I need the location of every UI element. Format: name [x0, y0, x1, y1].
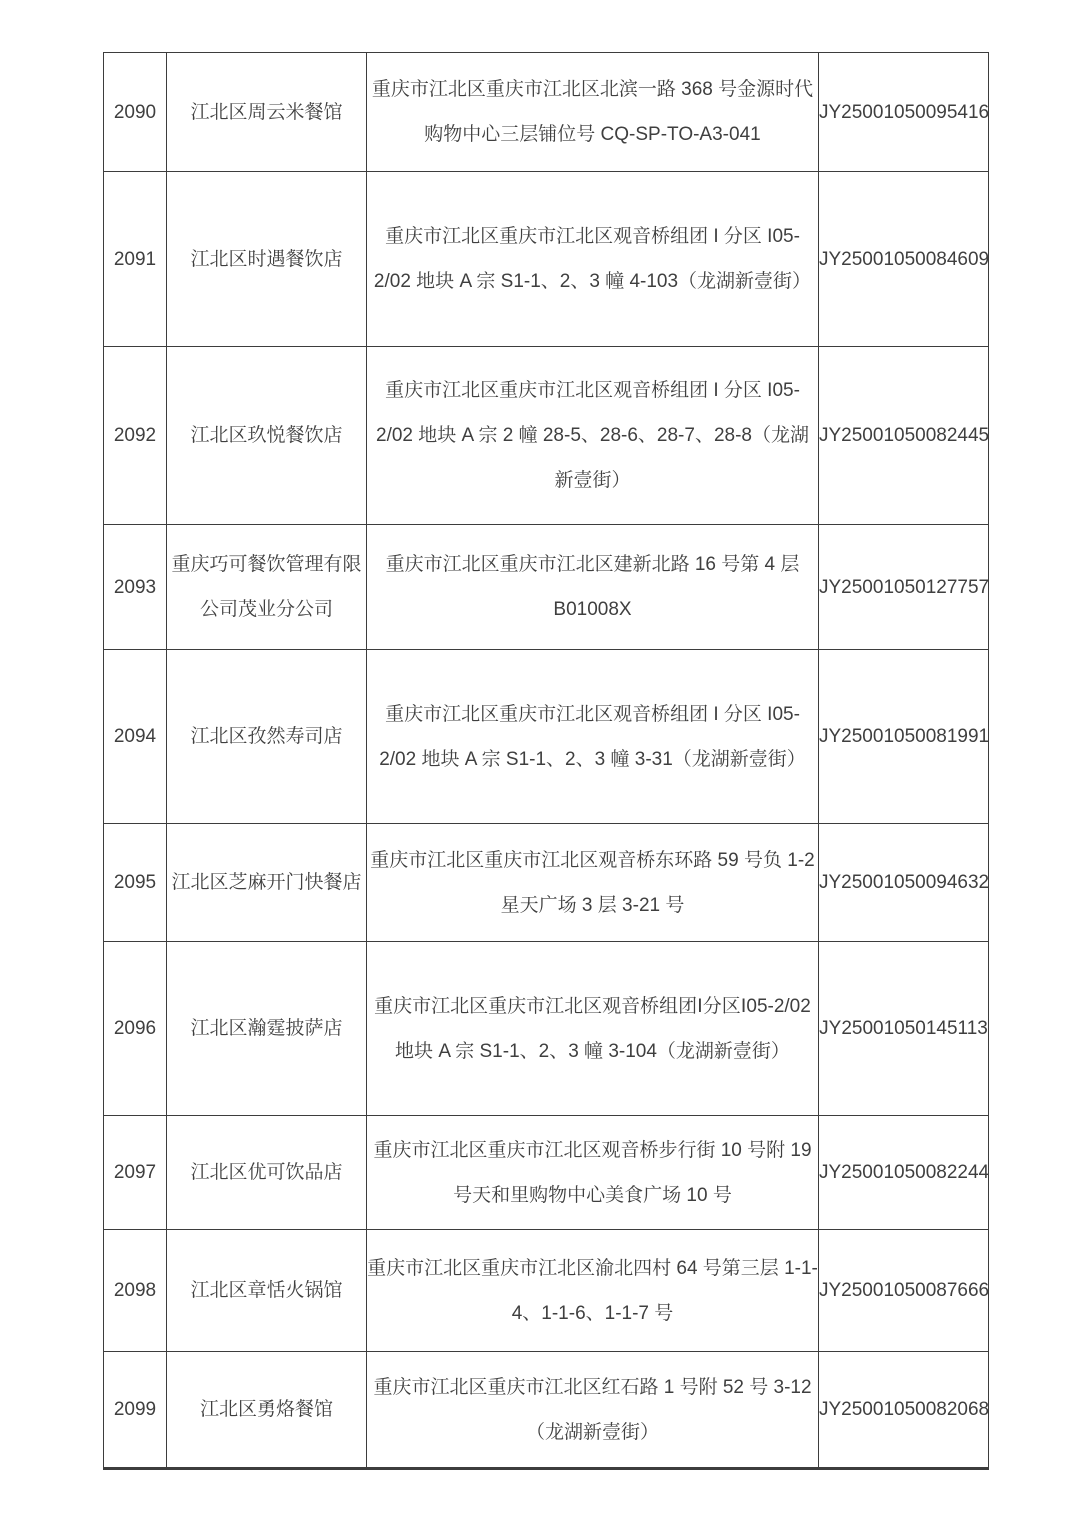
table-row: 2096 江北区瀚霆披萨店 重庆市江北区重庆市江北区观音桥组团Ⅰ分区Ⅰ05-2/…	[104, 942, 989, 1116]
table-row: 2091 江北区时遇餐饮店 重庆市江北区重庆市江北区观音桥组团 I 分区 I05…	[104, 172, 989, 347]
serial-number-cell: 2099	[104, 1352, 167, 1469]
address-cell: 重庆市江北区重庆市江北区红石路 1 号附 52 号 3-12（龙湖新壹街）	[367, 1352, 819, 1469]
serial-number-cell: 2097	[104, 1116, 167, 1230]
license-number-cell: JY25001050145113	[819, 942, 989, 1116]
table-row: 2099 江北区勇烙餐馆 重庆市江北区重庆市江北区红石路 1 号附 52 号 3…	[104, 1352, 989, 1469]
address-cell: 重庆市江北区重庆市江北区渝北四村 64 号第三层 1-1-4、1-1-6、1-1…	[367, 1230, 819, 1352]
address-cell: 重庆市江北区重庆市江北区观音桥组团 I 分区 I05-2/02 地块 A 宗 2…	[367, 347, 819, 525]
business-name-cell: 江北区芝麻开门快餐店	[167, 824, 367, 942]
license-number-cell: JY25001050084609	[819, 172, 989, 347]
license-number-cell: JY25001050082244	[819, 1116, 989, 1230]
serial-number-cell: 2091	[104, 172, 167, 347]
business-name-cell: 重庆巧可餐饮管理有限公司茂业分公司	[167, 525, 367, 650]
table-row: 2093 重庆巧可餐饮管理有限公司茂业分公司 重庆市江北区重庆市江北区建新北路 …	[104, 525, 989, 650]
table-row: 2097 江北区优可饮品店 重庆市江北区重庆市江北区观音桥步行街 10 号附 1…	[104, 1116, 989, 1230]
license-number-cell: JY25001050081991	[819, 650, 989, 824]
document-page: 2090 江北区周云米餐馆 重庆市江北区重庆市江北区北滨一路 368 号金源时代…	[0, 0, 1074, 1520]
business-name-cell: 江北区玖悦餐饮店	[167, 347, 367, 525]
business-name-cell: 江北区优可饮品店	[167, 1116, 367, 1230]
address-cell: 重庆市江北区重庆市江北区建新北路 16 号第 4 层 B01008X	[367, 525, 819, 650]
business-name-cell: 江北区瀚霆披萨店	[167, 942, 367, 1116]
serial-number-cell: 2094	[104, 650, 167, 824]
address-cell: 重庆市江北区重庆市江北区观音桥东环路 59 号负 1-2 星天广场 3 层 3-…	[367, 824, 819, 942]
address-cell: 重庆市江北区重庆市江北区观音桥步行街 10 号附 19 号天和里购物中心美食广场…	[367, 1116, 819, 1230]
table-row: 2092 江北区玖悦餐饮店 重庆市江北区重庆市江北区观音桥组团 I 分区 I05…	[104, 347, 989, 525]
business-name-cell: 江北区时遇餐饮店	[167, 172, 367, 347]
address-cell: 重庆市江北区重庆市江北区北滨一路 368 号金源时代购物中心三层铺位号 CQ-S…	[367, 53, 819, 172]
license-number-cell: JY25001050082445	[819, 347, 989, 525]
license-number-cell: JY25001050095416	[819, 53, 989, 172]
serial-number-cell: 2092	[104, 347, 167, 525]
license-number-cell: JY25001050094632	[819, 824, 989, 942]
business-license-table: 2090 江北区周云米餐馆 重庆市江北区重庆市江北区北滨一路 368 号金源时代…	[103, 52, 989, 1470]
table-row: 2090 江北区周云米餐馆 重庆市江北区重庆市江北区北滨一路 368 号金源时代…	[104, 53, 989, 172]
serial-number-cell: 2093	[104, 525, 167, 650]
serial-number-cell: 2090	[104, 53, 167, 172]
license-number-cell: JY25001050087666	[819, 1230, 989, 1352]
table-row: 2098 江北区章恬火锅馆 重庆市江北区重庆市江北区渝北四村 64 号第三层 1…	[104, 1230, 989, 1352]
business-name-cell: 江北区章恬火锅馆	[167, 1230, 367, 1352]
table-row: 2094 江北区孜然寿司店 重庆市江北区重庆市江北区观音桥组团 I 分区 I05…	[104, 650, 989, 824]
serial-number-cell: 2096	[104, 942, 167, 1116]
address-cell: 重庆市江北区重庆市江北区观音桥组团 I 分区 I05-2/02 地块 A 宗 S…	[367, 650, 819, 824]
license-number-cell: JY25001050127757	[819, 525, 989, 650]
table-row: 2095 江北区芝麻开门快餐店 重庆市江北区重庆市江北区观音桥东环路 59 号负…	[104, 824, 989, 942]
business-name-cell: 江北区周云米餐馆	[167, 53, 367, 172]
business-name-cell: 江北区勇烙餐馆	[167, 1352, 367, 1469]
business-name-cell: 江北区孜然寿司店	[167, 650, 367, 824]
serial-number-cell: 2098	[104, 1230, 167, 1352]
address-cell: 重庆市江北区重庆市江北区观音桥组团Ⅰ分区Ⅰ05-2/02 地块 A 宗 S1-1…	[367, 942, 819, 1116]
address-cell: 重庆市江北区重庆市江北区观音桥组团 I 分区 I05-2/02 地块 A 宗 S…	[367, 172, 819, 347]
license-number-cell: JY25001050082068	[819, 1352, 989, 1469]
serial-number-cell: 2095	[104, 824, 167, 942]
